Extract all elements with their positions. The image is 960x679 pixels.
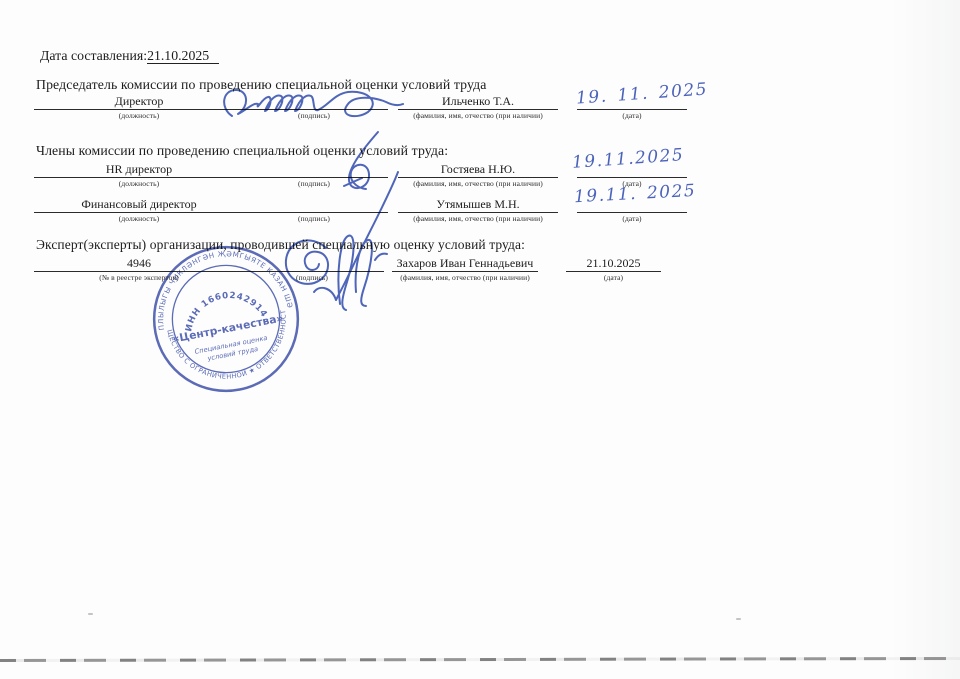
chairman-name-field: Ильченко Т.А. (фамилия, имя, отчество (п… bbox=[398, 93, 558, 120]
expert-date-caption: (дата) bbox=[566, 272, 661, 282]
compilation-date-value: 21.10.2025 bbox=[147, 48, 219, 64]
member1-name-caption: (фамилия, имя, отчество (при наличии) bbox=[398, 178, 558, 188]
compilation-date-label: Дата составления: bbox=[40, 48, 147, 63]
chairman-name-caption: (фамилия, имя, отчество (при наличии) bbox=[398, 110, 558, 120]
member1-signature-ink bbox=[349, 132, 378, 189]
member2-name-field: Утямышев М.Н. (фамилия, имя, отчество (п… bbox=[398, 196, 558, 223]
member2-date-caption: (дата) bbox=[577, 213, 687, 223]
scan-speckle bbox=[88, 613, 93, 615]
scan-bottom-edge bbox=[0, 657, 960, 662]
expert-date-value: 21.10.2025 bbox=[566, 255, 661, 272]
chairman-name-value: Ильченко Т.А. bbox=[398, 93, 558, 110]
member1-name-value: Гостяева Н.Ю. bbox=[398, 161, 558, 178]
member2-name-caption: (фамилия, имя, отчество (при наличии) bbox=[398, 213, 558, 223]
member1-name-field: Гостяева Н.Ю. (фамилия, имя, отчество (п… bbox=[398, 161, 558, 188]
signatures-overlay bbox=[210, 78, 420, 323]
scanned-document-page: Дата составления:21.10.2025 Председатель… bbox=[0, 0, 960, 679]
chairman-signature-ink bbox=[224, 90, 403, 116]
expert-date-field: 21.10.2025 (дата) bbox=[566, 255, 661, 282]
chairman-date-caption: (дата) bbox=[577, 110, 687, 120]
scan-speckle bbox=[736, 618, 741, 620]
compilation-date-line: Дата составления:21.10.2025 bbox=[40, 48, 219, 64]
member2-name-value: Утямышев М.Н. bbox=[398, 196, 558, 213]
